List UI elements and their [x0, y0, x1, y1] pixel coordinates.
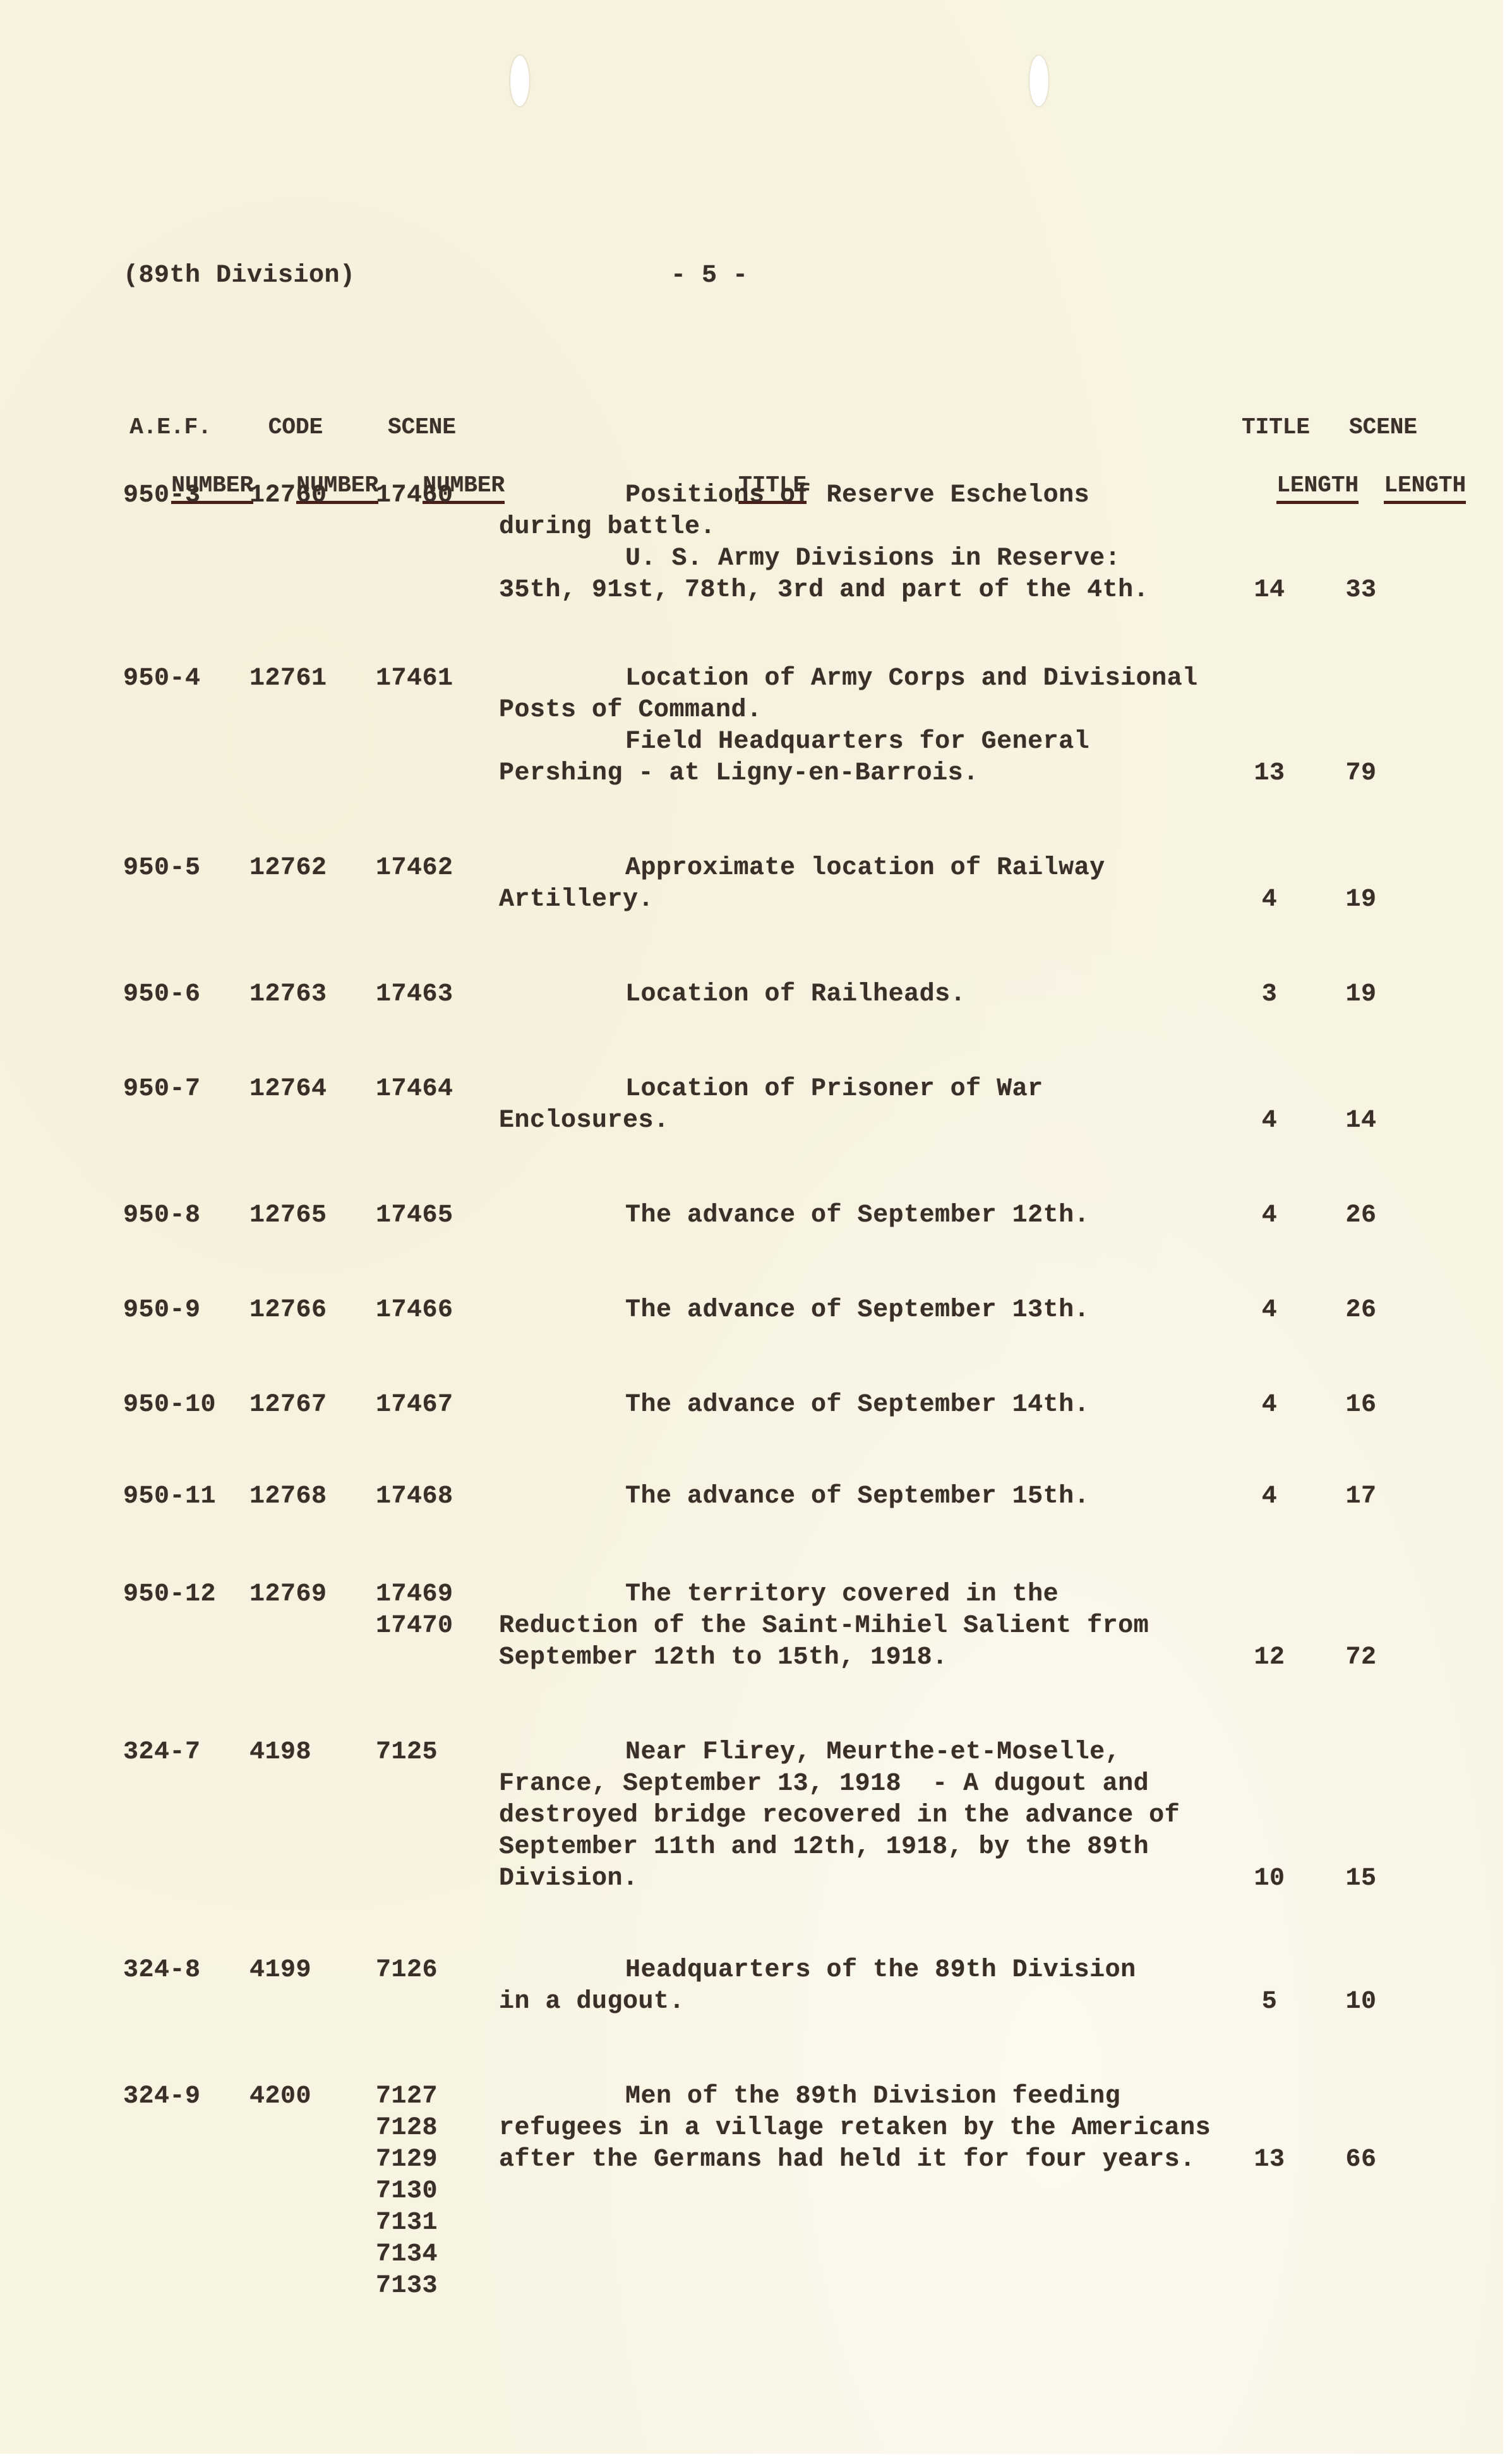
aef-number: 950-4: [123, 663, 201, 695]
aef-number: 950-12: [123, 1579, 216, 1611]
title-length: 13: [1238, 758, 1301, 789]
title-line: in a dugout.: [499, 1986, 1225, 2018]
scene-number: 17469: [376, 1579, 453, 1611]
title-text: Location of Railheads.: [499, 979, 1225, 1011]
header-line1: A.E.F.: [117, 413, 224, 442]
title-line: destroyed bridge recovered in the advanc…: [499, 1800, 1225, 1832]
document-page: (89th Division) - 5 - A.E.F. NUMBER CODE…: [0, 0, 1503, 2454]
aef-number: 950-7: [123, 1074, 201, 1105]
title-length: 4: [1238, 1389, 1301, 1421]
code-number: 12762: [249, 853, 327, 884]
aef-number: 950-11: [123, 1481, 216, 1513]
title-line: France, September 13, 1918 - A dugout an…: [499, 1768, 1225, 1800]
title-length: 4: [1238, 1295, 1301, 1326]
code-number: 12761: [249, 663, 327, 695]
title-text: The advance of September 13th.: [499, 1295, 1225, 1326]
scene-numbers: 17467: [376, 1389, 453, 1421]
scene-length: 26: [1329, 1295, 1393, 1326]
code-number: 4199: [249, 1955, 311, 1986]
scene-number: 7126: [376, 1955, 438, 1986]
title-length: 14: [1238, 575, 1301, 606]
scene-number: 17464: [376, 1074, 453, 1105]
aef-number: 950-3: [123, 480, 201, 512]
aef-number: 950-9: [123, 1295, 201, 1326]
title-line: September 11th and 12th, 1918, by the 89…: [499, 1832, 1225, 1863]
scene-numbers: 7126: [376, 1955, 438, 1986]
scene-length: 79: [1329, 758, 1393, 789]
title-line: Positions of Reserve Eschelons: [499, 480, 1225, 512]
title-length: 13: [1238, 2144, 1301, 2176]
aef-number: 950-5: [123, 853, 201, 884]
aef-number: 950-6: [123, 979, 201, 1011]
title-line: Approximate location of Railway: [499, 853, 1225, 884]
title-line: The advance of September 14th.: [499, 1389, 1225, 1421]
title-line: The advance of September 15th.: [499, 1481, 1225, 1513]
title-line: Reduction of the Saint-Mihiel Salient fr…: [499, 1611, 1225, 1642]
punch-hole-right: [1029, 56, 1048, 106]
title-line: during battle.: [499, 512, 1225, 543]
header-line1: [682, 413, 808, 442]
page-number: - 5 -: [671, 260, 748, 292]
title-line: Enclosures.: [499, 1105, 1225, 1137]
scene-number: 7129: [376, 2144, 438, 2176]
title-text: Positions of Reserve Eschelonsduring bat…: [499, 480, 1225, 606]
title-line: Pershing - at Ligny-en-Barrois.: [499, 758, 1225, 789]
title-line: Headquarters of the 89th Division: [499, 1955, 1225, 1986]
scene-number: 17470: [376, 1611, 453, 1642]
scene-number: 7128: [376, 2113, 438, 2144]
scene-numbers: 17465: [376, 1200, 453, 1232]
header-line2: LENGTH: [1384, 471, 1466, 504]
scene-numbers: 7125: [376, 1737, 438, 1768]
scene-numbers: 17464: [376, 1074, 453, 1105]
aef-number: 950-8: [123, 1200, 201, 1232]
scene-numbers: 1746917470: [376, 1579, 453, 1642]
scene-number: 17466: [376, 1295, 453, 1326]
title-length: 4: [1238, 1105, 1301, 1137]
code-number: 12769: [249, 1579, 327, 1611]
scene-number: 7127: [376, 2081, 438, 2113]
scene-number: 17462: [376, 853, 453, 884]
scene-numbers: 17462: [376, 853, 453, 884]
scene-length: 16: [1329, 1389, 1393, 1421]
title-length: 5: [1238, 1986, 1301, 2018]
scene-length: 10: [1329, 1986, 1393, 2018]
scene-length: 33: [1329, 575, 1393, 606]
title-line: September 12th to 15th, 1918.: [499, 1642, 1225, 1674]
title-line: Near Flirey, Meurthe-et-Moselle,: [499, 1737, 1225, 1768]
title-line: Division.: [499, 1863, 1225, 1895]
scene-number: 17467: [376, 1389, 453, 1421]
title-text: The advance of September 14th.: [499, 1389, 1225, 1421]
scene-number: 7125: [376, 1737, 438, 1768]
scene-length: 19: [1329, 979, 1393, 1011]
title-text: Men of the 89th Division feedingrefugees…: [499, 2081, 1225, 2176]
title-text: The advance of September 12th.: [499, 1200, 1225, 1232]
scene-numbers: 17466: [376, 1295, 453, 1326]
header-title-length: TITLE LENGTH: [1222, 355, 1329, 533]
title-line: after the Germans had held it for four y…: [499, 2144, 1225, 2176]
code-number: 4198: [249, 1737, 311, 1768]
title-text: Location of Army Corps and DivisionalPos…: [499, 663, 1225, 789]
title-line: Location of Railheads.: [499, 979, 1225, 1011]
scene-length: 15: [1329, 1863, 1393, 1895]
scene-length: 19: [1329, 884, 1393, 916]
header-line1: TITLE: [1222, 413, 1329, 442]
title-line: The territory covered in the: [499, 1579, 1225, 1611]
aef-number: 324-8: [123, 1955, 201, 1986]
code-number: 12760: [249, 480, 327, 512]
scene-numbers: 7127712871297130713171347133: [376, 2081, 438, 2302]
title-line: 35th, 91st, 78th, 3rd and part of the 4t…: [499, 575, 1225, 606]
title-length: 4: [1238, 884, 1301, 916]
scene-numbers: 17468: [376, 1481, 453, 1513]
aef-number: 950-10: [123, 1389, 216, 1421]
code-number: 12768: [249, 1481, 327, 1513]
scene-number: 17465: [376, 1200, 453, 1232]
title-line: The advance of September 12th.: [499, 1200, 1225, 1232]
title-length: 4: [1238, 1481, 1301, 1513]
code-number: 12765: [249, 1200, 327, 1232]
title-line: refugees in a village retaken by the Ame…: [499, 2113, 1225, 2144]
aef-number: 324-9: [123, 2081, 201, 2113]
scene-number: 7130: [376, 2176, 438, 2207]
title-line: Location of Army Corps and Divisional: [499, 663, 1225, 695]
aef-number: 324-7: [123, 1737, 201, 1768]
scene-number: 17468: [376, 1481, 453, 1513]
header-line1: SCENE: [368, 413, 476, 442]
scene-number: 17460: [376, 480, 453, 512]
punch-hole-left: [510, 56, 529, 106]
scene-length: 17: [1329, 1481, 1393, 1513]
title-text: The territory covered in theReduction of…: [499, 1579, 1225, 1674]
code-number: 12766: [249, 1295, 327, 1326]
title-text: Approximate location of RailwayArtillery…: [499, 853, 1225, 916]
code-number: 4200: [249, 2081, 311, 2113]
title-text: Location of Prisoner of WarEnclosures.: [499, 1074, 1225, 1137]
scene-numbers: 17463: [376, 979, 453, 1011]
title-length: 4: [1238, 1200, 1301, 1232]
scene-number: 17463: [376, 979, 453, 1011]
scene-numbers: 17461: [376, 663, 453, 695]
title-line: U. S. Army Divisions in Reserve:: [499, 543, 1225, 575]
title-length: 10: [1238, 1863, 1301, 1895]
title-line: Field Headquarters for General: [499, 726, 1225, 758]
scene-number: 7133: [376, 2271, 438, 2302]
title-text: Near Flirey, Meurthe-et-Moselle,France, …: [499, 1737, 1225, 1895]
scene-number: 7131: [376, 2207, 438, 2239]
scene-numbers: 17460: [376, 480, 453, 512]
header-line1: SCENE: [1329, 413, 1437, 442]
header-scene-length: SCENE LENGTH: [1329, 355, 1437, 533]
title-line: Artillery.: [499, 884, 1225, 916]
title-line: Location of Prisoner of War: [499, 1074, 1225, 1105]
code-number: 12767: [249, 1389, 327, 1421]
title-line: Men of the 89th Division feeding: [499, 2081, 1225, 2113]
scene-length: 66: [1329, 2144, 1393, 2176]
title-length: 3: [1238, 979, 1301, 1011]
title-length: 12: [1238, 1642, 1301, 1674]
header-line1: CODE: [242, 413, 349, 442]
title-line: The advance of September 13th.: [499, 1295, 1225, 1326]
title-line: Posts of Command.: [499, 695, 1225, 726]
title-text: Headquarters of the 89th Divisionin a du…: [499, 1955, 1225, 2018]
scene-length: 26: [1329, 1200, 1393, 1232]
division-label: (89th Division): [123, 260, 356, 292]
scene-number: 17461: [376, 663, 453, 695]
scene-length: 14: [1329, 1105, 1393, 1137]
title-text: The advance of September 15th.: [499, 1481, 1225, 1513]
scene-number: 7134: [376, 2239, 438, 2271]
scene-length: 72: [1329, 1642, 1393, 1674]
code-number: 12763: [249, 979, 327, 1011]
code-number: 12764: [249, 1074, 327, 1105]
